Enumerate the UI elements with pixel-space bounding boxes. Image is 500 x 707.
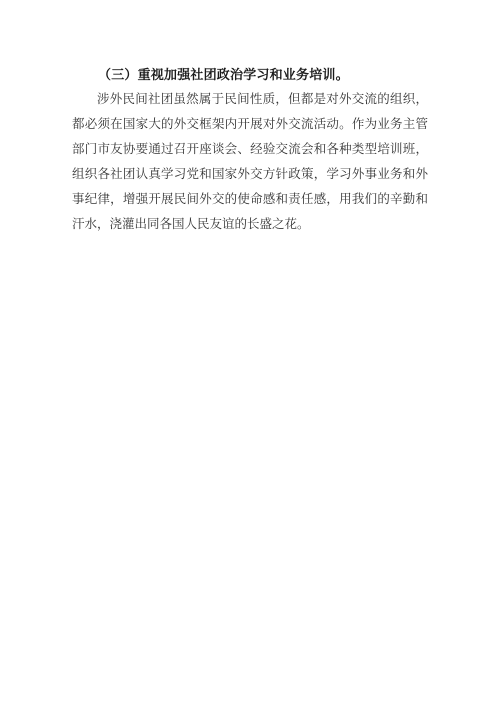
text-block: （三）重视加强社团政治学习和业务培训。 涉外民间社团虽然属于民间性质，但都是对外… — [72, 62, 428, 237]
paragraph-line: 汗水，浇灌出同各国人民友谊的长盛之花。 — [72, 212, 428, 237]
paragraph-line: 组织各社团认真学习党和国家外交方针政策，学习外事业务和外 — [72, 162, 428, 187]
paragraph-line: 事纪律，增强开展民间外交的使命感和责任感，用我们的辛勤和 — [72, 187, 428, 212]
paragraph-line: 部门市友协要通过召开座谈会、经验交流会和各种类型培训班， — [72, 137, 428, 162]
paragraph-line: 涉外民间社团虽然属于民间性质，但都是对外交流的组织， — [72, 87, 428, 112]
document-page: （三）重视加强社团政治学习和业务培训。 涉外民间社团虽然属于民间性质，但都是对外… — [0, 0, 500, 707]
section-heading: （三）重视加强社团政治学习和业务培训。 — [72, 62, 428, 87]
paragraph-line: 都必须在国家大的外交框架内开展对外交流活动。作为业务主管 — [72, 112, 428, 137]
paragraph: 涉外民间社团虽然属于民间性质，但都是对外交流的组织， 都必须在国家大的外交框架内… — [72, 87, 428, 237]
